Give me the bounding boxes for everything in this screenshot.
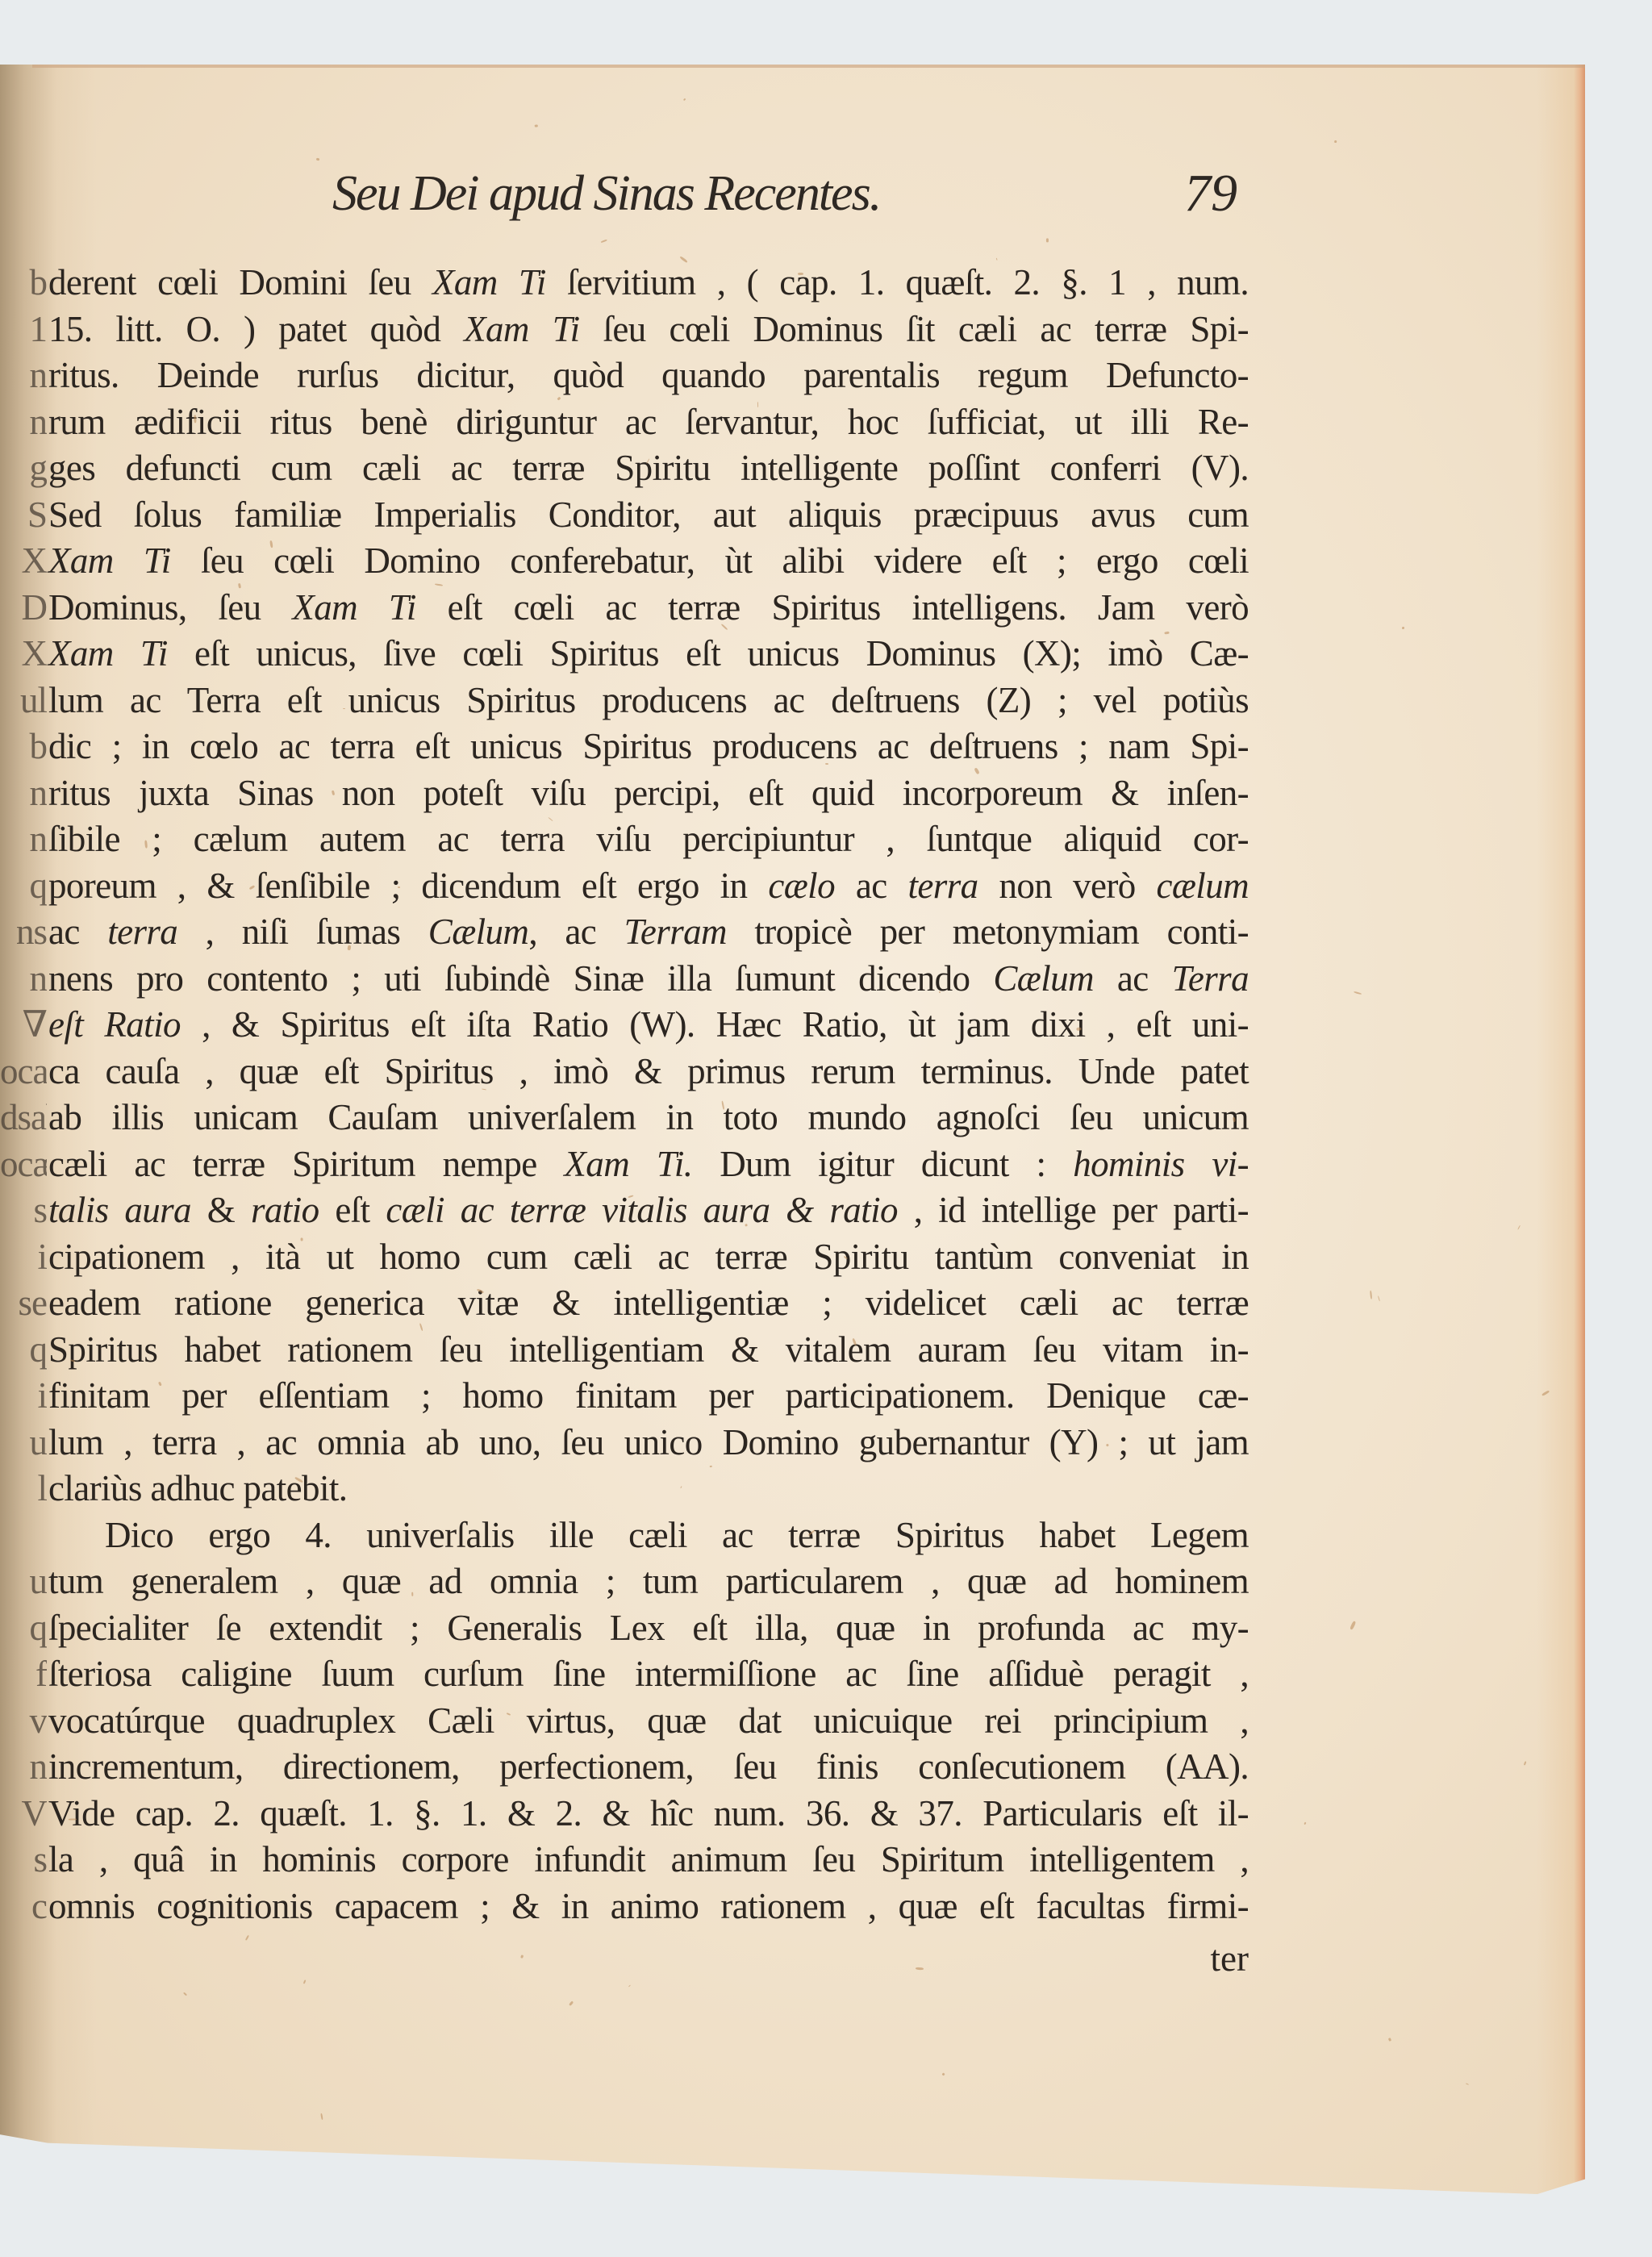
text-line: ritus. Deinde rurſus dicitur, quòd quand… (48, 353, 1249, 399)
gutter-fragment: D (0, 585, 47, 632)
text-segment: ſpecialiter ſe extendit ; Generalis Lex … (48, 1608, 1249, 1648)
italic-segment: Cælum (428, 912, 529, 952)
italic-segment: talis aura (48, 1190, 191, 1230)
text-segment: derent cœli Domini ſeu (48, 262, 432, 302)
text-segment: ca cauſa , quæ eſt Spiritus , imò & prim… (48, 1051, 1249, 1091)
text-segment: ges defuncti cum cæli ac terræ Spiritu i… (48, 448, 1249, 488)
paper-speck (1388, 2038, 1391, 2042)
text-segment: incrementum, directionem, perfectionem, … (48, 1746, 1249, 1787)
text-segment: cæli ac terræ Spiritum nempe (48, 1144, 564, 1184)
gutter-fragment: s (0, 1837, 47, 1884)
text-segment: clariùs adhuc patebit. (48, 1468, 347, 1508)
paper-speck (238, 583, 241, 589)
gutter-fragment: u (0, 1558, 47, 1605)
catchword: ter (1186, 1936, 1249, 1982)
text-segment: Sed ſolus familiæ Imperialis Conditor, a… (48, 494, 1249, 535)
italic-segment: cælum (1157, 866, 1249, 906)
text-segment: eſt cœli ac terræ Spiritus intelligens. … (416, 587, 1249, 628)
gutter-fragment: S (0, 492, 47, 539)
text-line: Dominus, ſeu Xam Ti eſt cœli ac terræ Sp… (48, 585, 1249, 632)
text-line: 15. litt. O. ) patet quòd Xam Ti ſeu cœl… (48, 307, 1249, 353)
text-line: ſibile ; cælum autem ac terra viſu perci… (48, 816, 1249, 863)
gutter-fragment: n (0, 1744, 47, 1791)
italic-segment: Cælum (993, 958, 1094, 999)
text-segment: eſt unicus, ſive cœli Spiritus eſt unicu… (168, 633, 1249, 674)
gutter-fragment: i (0, 1373, 47, 1420)
text-segment: cipationem , ità ut homo cum cæli ac ter… (48, 1237, 1249, 1277)
gutter-fragment: q (0, 1327, 47, 1374)
italic-segment: Xam Ti (48, 540, 171, 581)
gutter-fragment: X (0, 538, 47, 585)
gutter-fragment: n (0, 770, 47, 817)
paper-speck (398, 886, 400, 887)
italic-segment: Xam Ti (432, 262, 546, 302)
gutter-fragment: c (0, 1884, 47, 1930)
italic-segment: terra (107, 912, 177, 952)
text-line: la , quâ in hominis corpore infundit ani… (48, 1837, 1249, 1884)
paper-speck (710, 1465, 712, 1466)
text-line: dic ; in cœlo ac terra eſt unicus Spirit… (48, 724, 1249, 770)
text-segment: omnis cognitionis capacem ; & in animo r… (48, 1886, 1249, 1926)
italic-segment: Xam Ti (48, 633, 168, 674)
text-segment: , & Spiritus eſt iſta Ratio (W). Hæc Rat… (181, 1004, 1249, 1045)
italic-segment: hominis vi- (1073, 1144, 1249, 1184)
gutter-fragment: ocæ (0, 1141, 47, 1188)
text-segment: 15. litt. O. ) patet quòd (48, 309, 464, 349)
text-segment: Spiritus habet rationem ſeu intelligenti… (48, 1329, 1249, 1370)
paper-speck (144, 840, 148, 848)
text-line: cipationem , ità ut homo cum cæli ac ter… (48, 1234, 1249, 1281)
text-segment: ſeu cœli Domino conferebatur, ùt alibi v… (171, 540, 1249, 581)
gutter-fragment: n (0, 816, 47, 863)
text-segment: ſeu cœli Dominus ſit cæli ac terræ Spi- (580, 309, 1249, 349)
text-segment: ritus. Deinde rurſus dicitur, quòd quand… (48, 355, 1249, 395)
text-line: rum ædificii ritus benè diriguntur ac ſe… (48, 399, 1249, 446)
text-segment: Dum igitur dicunt : (692, 1144, 1073, 1184)
italic-segment: cæli ac terræ vitalis aura & ratio (386, 1190, 898, 1230)
text-segment: , id intellige per parti- (898, 1190, 1249, 1230)
text-segment: ac (835, 866, 908, 906)
text-line: nens pro contento ; uti ſubindè Sinæ ill… (48, 956, 1249, 1003)
text-segment: ritus juxta Sinas non poteſt viſu percip… (48, 773, 1249, 813)
text-segment: eſt (319, 1190, 386, 1230)
text-segment: eadem ratione generica vitæ & intelligen… (48, 1283, 1249, 1323)
text-segment: nens pro contento ; uti ſubindè Sinæ ill… (48, 958, 993, 999)
gutter-fragment (0, 1512, 47, 1559)
gutter-fragment: oca (0, 1049, 47, 1095)
italic-segment: terra (908, 866, 978, 906)
text-line: eadem ratione generica vitæ & intelligen… (48, 1280, 1249, 1327)
gutter-fragment: X (0, 631, 47, 678)
text-line: Dico ergo 4. univerſalis ille cæli ac te… (48, 1512, 1249, 1559)
text-segment: la , quâ in hominis corpore infundit ani… (48, 1839, 1249, 1879)
gutter-fragment: n (0, 399, 47, 446)
page-top-edge (32, 65, 1585, 68)
text-segment: , ac (528, 912, 624, 952)
text-segment: ſervitium , ( cap. 1. quæſt. 2. §. 1 , n… (546, 262, 1249, 302)
text-line: omnis cognitionis capacem ; & in animo r… (48, 1884, 1249, 1930)
text-line: talis aura & ratio eſt cæli ac terræ vit… (48, 1187, 1249, 1234)
text-line: ca cauſa , quæ eſt Spiritus , imò & prim… (48, 1049, 1249, 1095)
gutter-fragment: ul (0, 678, 47, 724)
text-segment: vocatúrque quadruplex Cæli virtus, quæ d… (48, 1700, 1249, 1741)
italic-segment: Xam Ti. (564, 1144, 692, 1184)
text-line: lum ac Terra eſt unicus Spiritus produce… (48, 678, 1249, 724)
text-line: cæli ac terræ Spiritum nempe Xam Ti. Dum… (48, 1141, 1249, 1188)
gutter-fragment: n (0, 956, 47, 1003)
text-segment: rum ædificii ritus benè diriguntur ac ſe… (48, 402, 1249, 442)
italic-segment: Terra (1172, 958, 1249, 999)
text-line: clariùs adhuc patebit. (48, 1466, 1249, 1512)
gutter-fragment: l (0, 1466, 47, 1512)
gutter-fragment: u (0, 1420, 47, 1466)
italic-segment: Terram (624, 912, 727, 952)
gutter-fragment: f (0, 1651, 47, 1698)
paper-speck (301, 1237, 303, 1241)
gutter-fragment: q (0, 1605, 47, 1652)
gutter-fragment: se (0, 1280, 47, 1327)
italic-segment: cælo (768, 866, 835, 906)
gutter-fragment: q (0, 863, 47, 910)
text-segment: non verò (978, 866, 1157, 906)
text-line: ſteriosa caligine ſuum curſum ſine inter… (48, 1651, 1249, 1698)
text-segment: Dico ergo 4. univerſalis ille cæli ac te… (105, 1515, 1249, 1555)
text-line: ges defuncti cum cæli ac terræ Spiritu i… (48, 445, 1249, 492)
gutter-fragment: V (0, 1791, 47, 1838)
paper-speck (411, 1592, 413, 1596)
italic-segment: Xam Ti (292, 587, 415, 628)
text-segment: ſteriosa caligine ſuum curſum ſine inter… (48, 1654, 1249, 1694)
gutter-fragment: g (0, 445, 47, 492)
text-line: derent cœli Domini ſeu Xam Ti ſervitium … (48, 260, 1249, 307)
text-segment: ac (1094, 958, 1172, 999)
text-segment: poreum , & ſenſibile ; dicendum eſt ergo… (48, 866, 768, 906)
text-line: Vide cap. 2. quæſt. 1. §. 1. & 2. & hîc … (48, 1791, 1249, 1838)
text-line: poreum , & ſenſibile ; dicendum eſt ergo… (48, 863, 1249, 910)
text-segment: , niſi ſumas (177, 912, 428, 952)
text-line: vocatúrque quadruplex Cæli virtus, quæ d… (48, 1698, 1249, 1745)
text-line: ab illis unicam Cauſam univerſalem in to… (48, 1095, 1249, 1141)
text-line: Xam Ti eſt unicus, ſive cœli Spiritus eſ… (48, 631, 1249, 678)
paper-speck (1046, 238, 1049, 242)
text-line: Spiritus habet rationem ſeu intelligenti… (48, 1327, 1249, 1374)
text-line: ac terra , niſi ſumas Cælum, ac Terram t… (48, 909, 1249, 956)
gutter-fragment: ∇ (0, 1002, 47, 1049)
gutter-show-through: b1nngSXDXulbnnqnsn∇ocadsabocæsiseqiuluqf… (0, 260, 47, 1930)
italic-segment: Xam Ti (464, 309, 579, 349)
text-line: ritus juxta Sinas non poteſt viſu percip… (48, 770, 1249, 817)
running-head: Seu Dei apud Sinas Recentes. (332, 165, 880, 222)
gutter-fragment: n (0, 353, 47, 399)
text-line: ſpecialiter ſe extendit ; Generalis Lex … (48, 1605, 1249, 1652)
text-segment: tropicè per metonymiam conti- (727, 912, 1249, 952)
text-segment: tum generalem , quæ ad omnia ; tum parti… (48, 1561, 1249, 1601)
italic-segment: ratio (251, 1190, 319, 1230)
gutter-fragment: b (0, 260, 47, 307)
gutter-fragment: v (0, 1698, 47, 1745)
text-line: Xam Ti ſeu cœli Domino conferebatur, ùt … (48, 538, 1249, 585)
text-line: Sed ſolus familiæ Imperialis Conditor, a… (48, 492, 1249, 539)
text-segment: & (191, 1190, 251, 1230)
text-segment: lum , terra , ac omnia ab uno, ſeu unico… (48, 1422, 1249, 1462)
gutter-fragment: i (0, 1234, 47, 1281)
text-line: eſt Ratio , & Spiritus eſt iſta Ratio (W… (48, 1002, 1249, 1049)
paper-speck (1076, 1027, 1082, 1030)
text-line: finitam per eſſentiam ; homo finitam per… (48, 1373, 1249, 1420)
text-segment: dic ; in cœlo ac terra eſt unicus Spirit… (48, 726, 1249, 766)
text-segment: ſibile ; cælum autem ac terra viſu perci… (48, 819, 1249, 859)
text-segment: Vide cap. 2. quæſt. 1. §. 1. & 2. & hîc … (48, 1793, 1249, 1834)
text-segment: ac (48, 912, 107, 952)
text-line: lum , terra , ac omnia ab uno, ſeu unico… (48, 1420, 1249, 1466)
text-segment: lum ac Terra eſt unicus Spiritus produce… (48, 680, 1249, 720)
text-segment: ab illis unicam Cauſam univerſalem in to… (48, 1097, 1249, 1137)
gutter-fragment: s (0, 1187, 47, 1234)
body-text: derent cœli Domini ſeu Xam Ti ſervitium … (48, 260, 1249, 1930)
text-segment: Dominus, ſeu (48, 587, 292, 628)
text-line: incrementum, directionem, perfectionem, … (48, 1744, 1249, 1791)
gutter-fragment: 1 (0, 307, 47, 353)
text-line: tum generalem , quæ ad omnia ; tum parti… (48, 1558, 1249, 1605)
italic-segment: eſt Ratio (48, 1004, 181, 1045)
text-segment: finitam per eſſentiam ; homo finitam per… (48, 1375, 1249, 1416)
gutter-fragment: b (0, 724, 47, 770)
gutter-fragment: ns (0, 909, 47, 956)
page-number: 79 (1184, 165, 1237, 222)
gutter-fragment: dsab (0, 1095, 47, 1141)
